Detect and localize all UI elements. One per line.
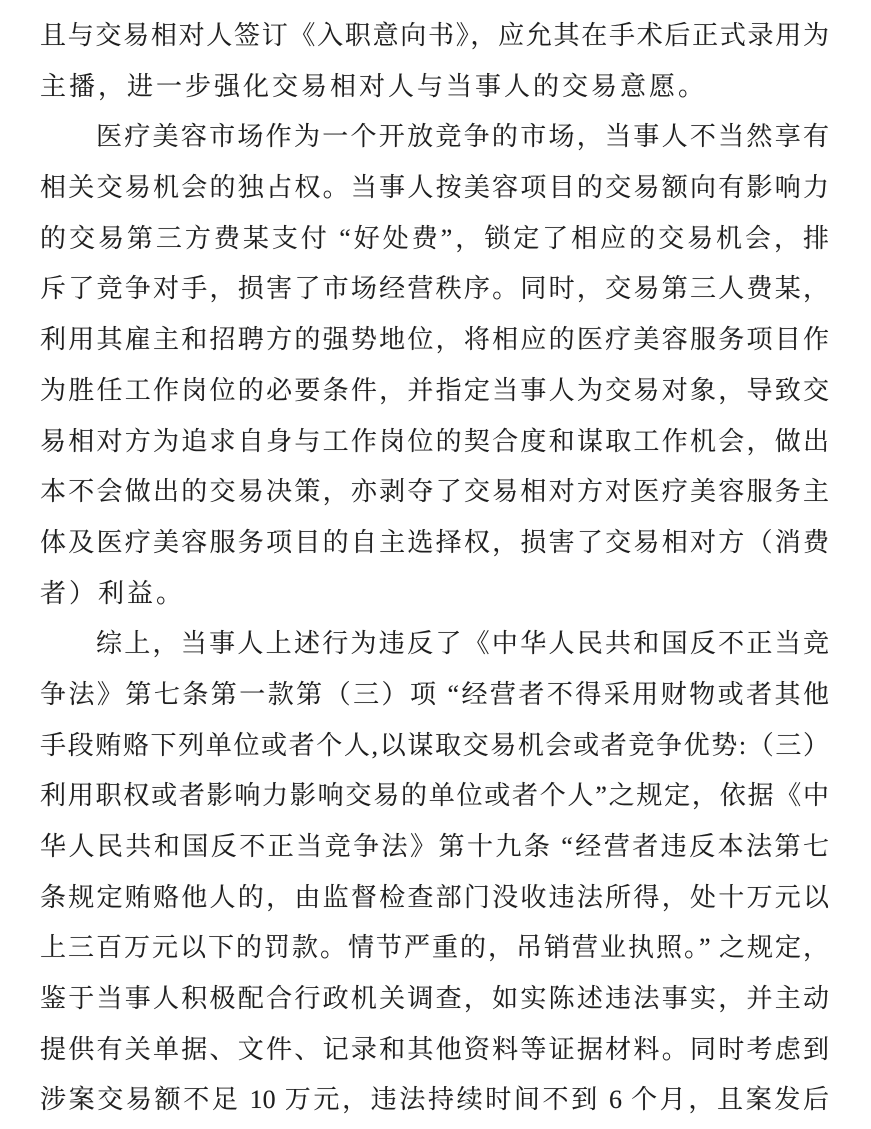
text-line-7: 利用其雇主和招聘方的强势地位，将相应的医疗美容服务项目作 [40,315,829,366]
text-line-3: 医疗美容市场作为一个开放竞争的市场，当事人不当然享有 [40,112,829,163]
text-line-14: 争法》第七条第一款第（三）项 “经营者不得采用财物或者其他 [40,670,829,721]
text-line-17: 华人民共和国反不正当竞争法》第十九条 “经营者违反本法第七 [40,822,829,873]
text-line-10: 本不会做出的交易决策，亦剥夺了交易相对方对医疗美容服务主 [40,467,829,518]
text-line-11: 体及医疗美容服务项目的自主选择权，损害了交易相对方（消费 [40,518,829,569]
text-line-6: 斥了竞争对手，损害了市场经营秩序。同时，交易第三人费某， [40,264,829,315]
text-line-9: 易相对方为追求自身与工作岗位的契合度和谋取工作机会，做出 [40,417,829,468]
text-line-2: 主播，进一步强化交易相对人与当事人的交易意愿。 [40,62,829,113]
text-line-12: 者）利益。 [40,569,829,620]
text-line-22: 涉案交易额不足 10 万元，违法持续时间不到 6 个月，且案发后 [40,1075,829,1126]
text-line-8: 为胜任工作岗位的必要条件，并指定当事人为交易对象，导致交 [40,366,829,417]
text-line-4: 相关交易机会的独占权。当事人按美容项目的交易额向有影响力 [40,163,829,214]
text-line-19: 上三百万元以下的罚款。情节严重的，吊销营业执照。” 之规定， [40,923,829,974]
text-line-1: 且与交易相对人签订《入职意向书》，应允其在手术后正式录用为 [40,11,829,62]
text-line-20: 鉴于当事人积极配合行政机关调查，如实陈述违法事实，并主动 [40,974,829,1025]
text-line-13: 综上，当事人上述行为违反了《中华人民共和国反不正当竞 [40,619,829,670]
document-text-block: 且与交易相对人签订《入职意向书》，应允其在手术后正式录用为主播，进一步强化交易相… [40,11,829,1126]
text-line-16: 利用职权或者影响力影响交易的单位或者个人”之规定，依据《中 [40,771,829,822]
document-page: 且与交易相对人签订《入职意向书》，应允其在手术后正式录用为主播，进一步强化交易相… [0,0,871,1129]
text-line-15: 手段贿赂下列单位或者个人,以谋取交易机会或者竞争优势:（三） [40,721,829,772]
text-line-21: 提供有关单据、文件、记录和其他资料等证据材料。同时考虑到 [40,1025,829,1076]
text-line-5: 的交易第三方费某支付 “好处费”，锁定了相应的交易机会，排 [40,214,829,265]
text-line-18: 条规定贿赂他人的，由监督检查部门没收违法所得，处十万元以 [40,873,829,924]
